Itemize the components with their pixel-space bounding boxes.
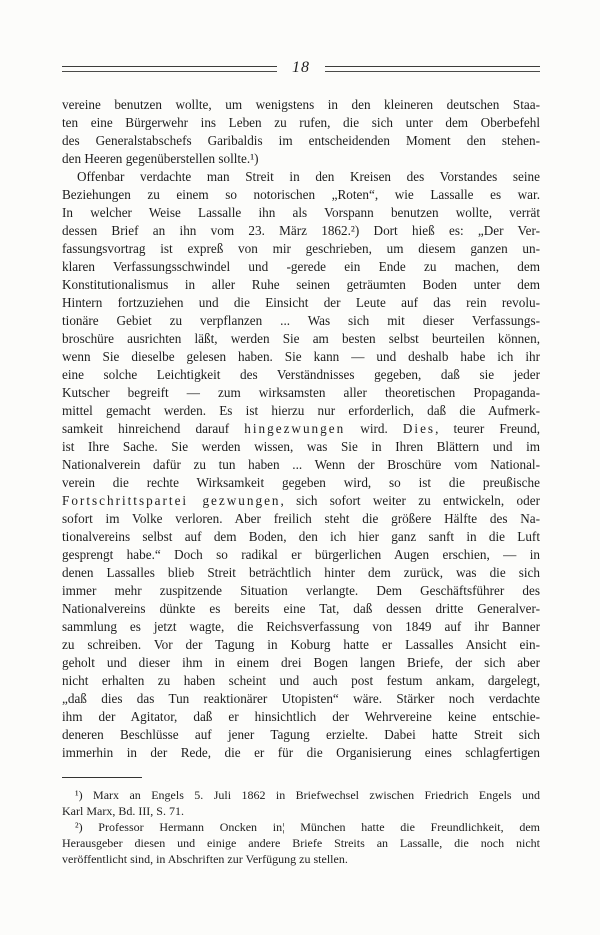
text-line: geholt und dieser ihm in einem drei Boge… (62, 654, 540, 672)
book-page: 18 vereine benutzen wollte, um wenigsten… (0, 0, 600, 935)
text-line: den Heeren gegenüberstellen sollte.¹) (62, 150, 540, 168)
text-line: Karl Marx, Bd. III, S. 71. (62, 803, 540, 819)
text-line: Herausgeber diesen und einige andere Bri… (62, 835, 540, 851)
letterspaced-emphasis: Fortschrittspartei gezwungen (62, 493, 281, 508)
text-line: broschüre ausrichten läßt, werden Sie am… (62, 330, 540, 348)
text-line: ten eine Bürgerwehr ins Leben zu rufen, … (62, 114, 540, 132)
running-head: 18 (62, 60, 540, 78)
text-line: fassungsvortrag ist expreß von mir gesch… (62, 240, 540, 258)
text-line: Nationalverein dafür zu tun haben ... We… (62, 456, 540, 474)
text-line: tionäre Gebiet zu verpflanzen ... Was si… (62, 312, 540, 330)
text-line: Hintern fortzuziehen und die Einsicht de… (62, 294, 540, 312)
text-line: ¹) Marx an Engels 5. Juli 1862 in Briefw… (62, 787, 540, 803)
text-line: tionalvereins selbst auf dem Boden, den … (62, 528, 540, 546)
text-line: Fortschrittspartei gezwungen, sich sofor… (62, 492, 540, 510)
footnote-separator (62, 777, 142, 778)
page-number: 18 (290, 60, 312, 76)
page-content: 18 vereine benutzen wollte, um wenigsten… (62, 60, 540, 867)
text-line: veröffentlicht sind, in Abschriften zur … (62, 851, 540, 867)
text-line: Nationalvereins dünkte es bereits eine T… (62, 600, 540, 618)
text-line: immer mehr zuspitzende Situation verlang… (62, 582, 540, 600)
text-line: verein die rechte Wirksamkeit gegeben wi… (62, 474, 540, 492)
text-line: ihm der Agitator, daß er hinsichtlich de… (62, 708, 540, 726)
text-line: samkeit hinreichend darauf hingezwungen … (62, 420, 540, 438)
text-line: dessen Brief an ihn vom 23. März 1862.²)… (62, 222, 540, 240)
text-line: immerhin in der Rede, die er für die Org… (62, 744, 540, 762)
letterspaced-emphasis: Dies (403, 421, 435, 436)
text-line: Offenbar verdachte man Streit in den Kre… (62, 168, 540, 186)
text-line: Konstitutionalismus in aller Ruhe seinen… (62, 276, 540, 294)
text-line: denen Lassalles blieb Streit beträchtlic… (62, 564, 540, 582)
text-line: „daß dies das Tun reaktionärer Utopisten… (62, 690, 540, 708)
text-line: klaren Verfassungsschwindel und -gerede … (62, 258, 540, 276)
text-line: Kutscher begreift — zum wirksamsten alle… (62, 384, 540, 402)
text-line: mittel gemacht werden. Es ist hierzu nur… (62, 402, 540, 420)
header-rule-left (62, 66, 277, 72)
letterspaced-emphasis: hingezwungen (244, 421, 345, 436)
text-line: zu schreiben. Vor der Tagung in Koburg h… (62, 636, 540, 654)
text-line: vereine benutzen wollte, um wenigstens i… (62, 96, 540, 114)
text-line: Beziehungen zu einem so notorischen „Rot… (62, 186, 540, 204)
text-line: sammlung es jetzt wagte, die Reichsverfa… (62, 618, 540, 636)
text-line: eine solche Leichtigkeit des Verständnis… (62, 366, 540, 384)
text-line: deneren Beschlüsse auf jener Tagung erzi… (62, 726, 540, 744)
header-rule-right (325, 66, 540, 72)
text-line: In welcher Weise Lassalle ihn als Vorspa… (62, 204, 540, 222)
footnotes: ¹) Marx an Engels 5. Juli 1862 in Briefw… (62, 787, 540, 867)
text-line: des Generalstabschefs Garibaldis im ents… (62, 132, 540, 150)
text-line: nicht erhalten zu haben scheint und auch… (62, 672, 540, 690)
text-line: sofort im Volke verloren. Aber freilich … (62, 510, 540, 528)
text-line: wenn Sie dieselbe gelesen haben. Sie kan… (62, 348, 540, 366)
text-line: ²) Professor Hermann Oncken in¦ München … (62, 819, 540, 835)
body-text: vereine benutzen wollte, um wenigstens i… (62, 96, 540, 762)
text-line: gesprengt habe.“ Doch so radikal er bürg… (62, 546, 540, 564)
text-line: ist Ihre Sache. Sie werden wissen, was S… (62, 438, 540, 456)
